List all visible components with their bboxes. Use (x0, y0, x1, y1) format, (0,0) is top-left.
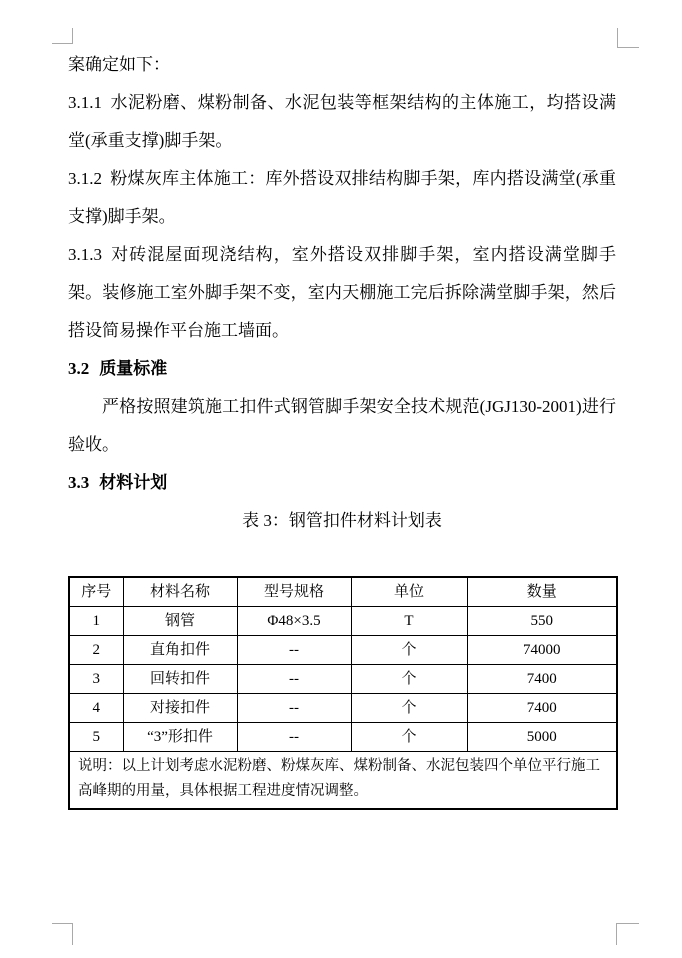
section-number: 3.2 (68, 359, 89, 378)
cell-spec: -- (237, 723, 351, 752)
cell-quantity: 7400 (467, 694, 617, 723)
table-note-row: 说明：以上计划考虑水泥粉磨、粉煤灰库、煤粉制备、水泥包装四个单位平行施工高峰期的… (69, 752, 617, 810)
cell-spec: -- (237, 665, 351, 694)
header-cell-unit: 单位 (351, 577, 467, 607)
paragraph-number: 3.1.2 (68, 169, 102, 188)
cell-material-name: 回转扣件 (123, 665, 237, 694)
table-row: 2 直角扣件 -- 个 74000 (69, 636, 617, 665)
table-row: 5 “3”形扣件 -- 个 5000 (69, 723, 617, 752)
cell-material-name: 直角扣件 (123, 636, 237, 665)
table-row: 1 钢管 Φ48×3.5 T 550 (69, 607, 617, 636)
header-cell-quantity: 数量 (467, 577, 617, 607)
cell-quantity: 5000 (467, 723, 617, 752)
cell-spec: Φ48×3.5 (237, 607, 351, 636)
document-page: 案确定如下： 3.1.1水泥粉磨、煤粉制备、水泥包装等框架结构的主体施工，均搭设… (0, 0, 682, 958)
cell-seq: 5 (69, 723, 123, 752)
header-cell-material-name: 材料名称 (123, 577, 237, 607)
crop-mark-top-left (52, 28, 73, 44)
cell-quantity: 7400 (467, 665, 617, 694)
section-heading-material-plan: 3.3材料计划 (68, 464, 616, 502)
header-cell-seq: 序号 (69, 577, 123, 607)
cell-unit: 个 (351, 636, 467, 665)
section-number: 3.3 (68, 473, 89, 492)
paragraph-number: 3.1.1 (68, 93, 102, 112)
cell-spec: -- (237, 636, 351, 665)
paragraph-intro-text: 案确定如下： (68, 55, 170, 74)
paragraph-number: 3.1.3 (68, 245, 102, 264)
table-caption-text: 表 3：钢管扣件材料计划表 (242, 511, 442, 530)
cell-seq: 1 (69, 607, 123, 636)
cell-unit: 个 (351, 694, 467, 723)
cell-unit: 个 (351, 665, 467, 694)
paragraph-text: 对砖混屋面现浇结构，室外搭设双排脚手架，室内搭设满堂脚手架。装修施工室外脚手架不… (68, 245, 616, 340)
table-header-row: 序号 材料名称 型号规格 单位 数量 (69, 577, 617, 607)
material-plan-table: 序号 材料名称 型号规格 单位 数量 1 钢管 Φ48×3.5 T 550 2 (68, 576, 618, 810)
paragraph-3-1-1: 3.1.1水泥粉磨、煤粉制备、水泥包装等框架结构的主体施工，均搭设满堂(承重支撑… (68, 84, 616, 160)
section-title: 材料计划 (99, 473, 167, 492)
paragraph-quality-standard-body: 严格按照建筑施工扣件式钢管脚手架安全技术规范(JGJ130-2001)进行验收。 (68, 388, 616, 464)
section-heading-quality-standard: 3.2质量标准 (68, 350, 616, 388)
paragraph-3-1-2: 3.1.2粉煤灰库主体施工：库外搭设双排结构脚手架，库内搭设满堂(承重支撑)脚手… (68, 160, 616, 236)
crop-mark-bottom-left (52, 923, 73, 945)
table-row: 3 回转扣件 -- 个 7400 (69, 665, 617, 694)
cell-material-name: 对接扣件 (123, 694, 237, 723)
cell-spec: -- (237, 694, 351, 723)
cell-unit: T (351, 607, 467, 636)
crop-mark-top-right (617, 28, 639, 48)
cell-unit: 个 (351, 723, 467, 752)
table-row: 4 对接扣件 -- 个 7400 (69, 694, 617, 723)
cell-seq: 3 (69, 665, 123, 694)
paragraph-3-1-3: 3.1.3对砖混屋面现浇结构，室外搭设双排脚手架，室内搭设满堂脚手架。装修施工室… (68, 236, 616, 350)
section-title: 质量标准 (99, 359, 167, 378)
paragraph-text: 水泥粉磨、煤粉制备、水泥包装等框架结构的主体施工，均搭设满堂(承重支撑)脚手架。 (68, 93, 616, 150)
cell-quantity: 550 (467, 607, 617, 636)
cell-seq: 2 (69, 636, 123, 665)
cell-material-name: 钢管 (123, 607, 237, 636)
cell-quantity: 74000 (467, 636, 617, 665)
paragraph-text: 粉煤灰库主体施工：库外搭设双排结构脚手架，库内搭设满堂(承重支撑)脚手架。 (68, 169, 616, 226)
paragraph-intro: 案确定如下： (68, 46, 616, 84)
cell-material-name: “3”形扣件 (123, 723, 237, 752)
table-note: 说明：以上计划考虑水泥粉磨、粉煤灰库、煤粉制备、水泥包装四个单位平行施工高峰期的… (69, 752, 617, 810)
crop-mark-bottom-right (616, 923, 639, 945)
paragraph-text: 严格按照建筑施工扣件式钢管脚手架安全技术规范(JGJ130-2001)进行验收。 (68, 397, 616, 454)
table-caption: 表 3：钢管扣件材料计划表 (68, 502, 616, 540)
cell-seq: 4 (69, 694, 123, 723)
header-cell-spec: 型号规格 (237, 577, 351, 607)
document-content: 案确定如下： 3.1.1水泥粉磨、煤粉制备、水泥包装等框架结构的主体施工，均搭设… (68, 46, 616, 810)
